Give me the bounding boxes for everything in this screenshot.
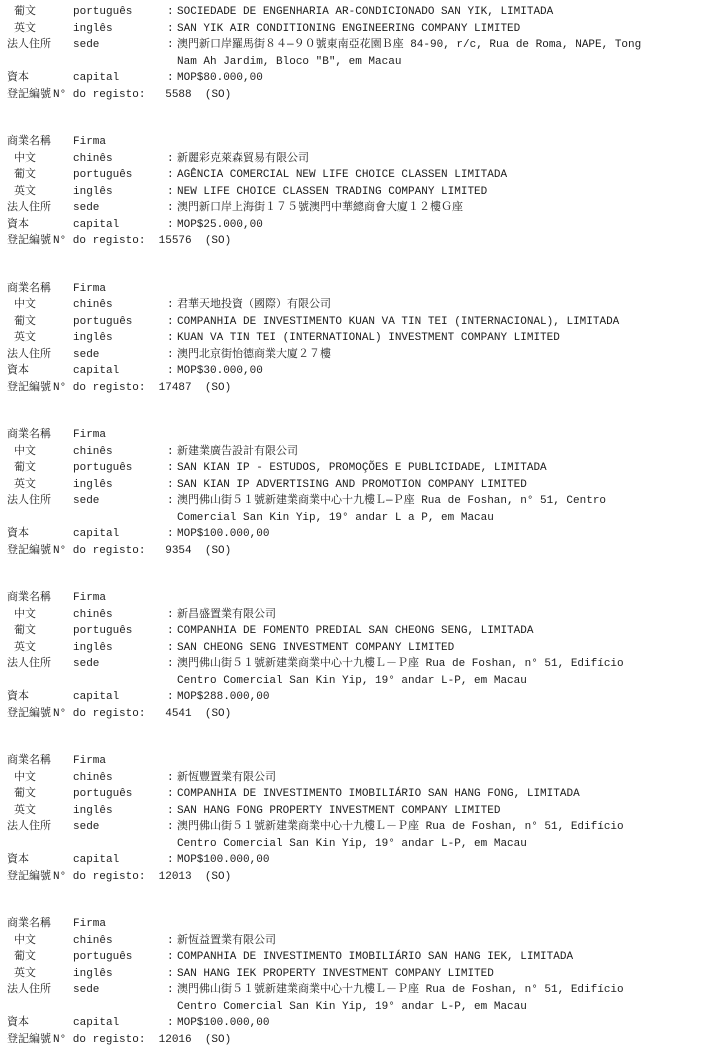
label-pt: inglês [73, 184, 167, 201]
label-zh: 商業名稱 [7, 281, 73, 298]
label-pt: chinês [73, 770, 167, 787]
label-pt: sede [73, 656, 167, 673]
label-zh: 中文 [7, 444, 73, 461]
label-zh: 葡文 [7, 949, 73, 966]
field-row-ingles: 英文inglês:SAN YIK AIR CONDITIONING ENGINE… [7, 21, 712, 38]
field-row-portugues: 葡文português:SAN KIAN IP - ESTUDOS, PROMO… [7, 460, 712, 477]
label-zh: 中文 [7, 297, 73, 314]
label-pt: Firma [73, 281, 167, 298]
label-pt: sede [73, 493, 167, 510]
colon-separator: : [167, 1015, 177, 1032]
field-row-ingles: 英文inglês:NEW LIFE CHOICE CLASSEN TRADING… [7, 184, 712, 201]
label-zh: 登記編號 [7, 543, 53, 560]
label-pt: N° do registo: [53, 233, 145, 250]
field-row-chines: 中文chinês:新恆豐置業有限公司 [7, 770, 712, 787]
colon-separator: : [167, 4, 177, 21]
field-value: 12016 (SO) [145, 1032, 231, 1049]
label-pt: português [73, 4, 167, 21]
label-zh: 英文 [7, 21, 73, 38]
field-row-sede: 法人住所sede:澳門佛山街５１號新建業商業中心十九樓Ｌ－Ｐ座 Rua de F… [7, 982, 712, 1015]
label-pt: inglês [73, 477, 167, 494]
field-value: 12013 (SO) [145, 869, 231, 886]
colon-separator: : [167, 933, 177, 950]
label-pt: capital [73, 217, 167, 234]
label-zh: 法人住所 [7, 493, 73, 510]
colon-separator: : [167, 217, 177, 234]
label-pt: português [73, 314, 167, 331]
label-pt: português [73, 786, 167, 803]
field-value: 新昌盛置業有限公司 [177, 607, 712, 624]
field-value: 新恆豐置業有限公司 [177, 770, 712, 787]
field-value: MOP$100.000,00 [177, 1015, 712, 1032]
company-record: 商業名稱Firma中文chinês:新恆益置業有限公司葡文português:C… [7, 916, 712, 1048]
label-zh: 資本 [7, 852, 73, 869]
field-row-registo: 登記編號N° do registo: 5588 (SO) [7, 87, 712, 104]
colon-separator: : [167, 607, 177, 624]
company-record: 商業名稱Firma中文chinês:新建業廣告設計有限公司葡文português… [7, 427, 712, 559]
label-zh: 法人住所 [7, 819, 73, 836]
company-record: 商業名稱Firma中文chinês:新麗彩克萊森貿易有限公司葡文portuguê… [7, 134, 712, 250]
label-zh: 資本 [7, 526, 73, 543]
field-row-registo: 登記編號N° do registo: 9354 (SO) [7, 543, 712, 560]
field-row-firma: 商業名稱Firma [7, 427, 712, 444]
field-value: 新麗彩克萊森貿易有限公司 [177, 151, 712, 168]
label-zh: 商業名稱 [7, 590, 73, 607]
colon-separator: : [167, 363, 177, 380]
colon-separator: : [167, 786, 177, 803]
label-zh: 資本 [7, 70, 73, 87]
field-row-portugues: 葡文português:COMPANHIA DE FOMENTO PREDIAL… [7, 623, 712, 640]
field-row-firma: 商業名稱Firma [7, 753, 712, 770]
label-zh: 資本 [7, 689, 73, 706]
field-row-sede: 法人住所sede:澳門佛山街５１號新建業商業中心十九樓Ｌ—Ｐ座 Rua de F… [7, 493, 712, 526]
colon-separator: : [167, 21, 177, 38]
field-value: 君華天地投資（國際）有限公司 [177, 297, 712, 314]
field-value: MOP$100.000,00 [177, 526, 712, 543]
label-zh: 商業名稱 [7, 916, 73, 933]
label-pt: Firma [73, 590, 167, 607]
colon-separator: : [167, 477, 177, 494]
field-row-portugues: 葡文português:SOCIEDADE DE ENGENHARIA AR-C… [7, 4, 712, 21]
label-pt: N° do registo: [53, 87, 145, 104]
label-pt: N° do registo: [53, 869, 145, 886]
label-pt: chinês [73, 297, 167, 314]
field-row-portugues: 葡文português:COMPANHIA DE INVESTIMENTO KU… [7, 314, 712, 331]
colon-separator: : [167, 314, 177, 331]
label-zh: 資本 [7, 363, 73, 380]
label-pt: inglês [73, 21, 167, 38]
field-row-sede: 法人住所sede:澳門佛山街５１號新建業商業中心十九樓Ｌ－Ｐ座 Rua de F… [7, 656, 712, 689]
label-pt: capital [73, 363, 167, 380]
field-value: SAN HANG FONG PROPERTY INVESTMENT COMPAN… [177, 803, 712, 820]
label-pt: Firma [73, 916, 167, 933]
colon-separator: : [167, 852, 177, 869]
field-value: 17487 (SO) [145, 380, 231, 397]
label-zh: 法人住所 [7, 37, 73, 54]
label-pt: sede [73, 982, 167, 999]
field-row-capital: 資本capital:MOP$100.000,00 [7, 852, 712, 869]
field-value: COMPANHIA DE INVESTIMENTO IMOBILIÁRIO SA… [177, 786, 712, 803]
label-zh: 商業名稱 [7, 753, 73, 770]
label-pt: sede [73, 37, 167, 54]
colon-separator: : [167, 689, 177, 706]
field-row-sede: 法人住所sede:澳門佛山街５１號新建業商業中心十九樓Ｌ－Ｐ座 Rua de F… [7, 819, 712, 852]
colon-separator: : [167, 949, 177, 966]
label-pt: português [73, 623, 167, 640]
field-value: COMPANHIA DE INVESTIMENTO KUAN VA TIN TE… [177, 314, 712, 331]
field-row-portugues: 葡文português:COMPANHIA DE INVESTIMENTO IM… [7, 786, 712, 803]
label-zh: 葡文 [7, 314, 73, 331]
field-value: 澳門新口岸羅馬街８４—９０號東南亞花園Ｂ座 84-90, r/c, Rua de… [177, 37, 712, 70]
label-pt: português [73, 949, 167, 966]
label-pt: chinês [73, 933, 167, 950]
field-row-chines: 中文chinês:新建業廣告設計有限公司 [7, 444, 712, 461]
label-pt: chinês [73, 607, 167, 624]
field-row-firma: 商業名稱Firma [7, 590, 712, 607]
label-zh: 法人住所 [7, 347, 73, 364]
label-zh: 商業名稱 [7, 134, 73, 151]
field-row-sede: 法人住所sede:澳門新口岸上海街１７５號澳門中華總商會大廈１２樓Ｇ座 [7, 200, 712, 217]
field-row-firma: 商業名稱Firma [7, 281, 712, 298]
label-pt: capital [73, 526, 167, 543]
colon-separator: : [167, 982, 177, 999]
field-row-registo: 登記編號N° do registo: 17487 (SO) [7, 380, 712, 397]
label-zh: 葡文 [7, 623, 73, 640]
label-pt: português [73, 460, 167, 477]
field-row-ingles: 英文inglês:SAN HANG FONG PROPERTY INVESTME… [7, 803, 712, 820]
label-zh: 法人住所 [7, 982, 73, 999]
colon-separator: : [167, 347, 177, 364]
colon-separator: : [167, 656, 177, 673]
label-pt: capital [73, 70, 167, 87]
field-row-ingles: 英文inglês:SAN KIAN IP ADVERTISING AND PRO… [7, 477, 712, 494]
label-zh: 法人住所 [7, 656, 73, 673]
field-value: COMPANHIA DE FOMENTO PREDIAL SAN CHEONG … [177, 623, 712, 640]
label-zh: 登記編號 [7, 869, 53, 886]
field-value: MOP$100.000,00 [177, 852, 712, 869]
field-value: SAN YIK AIR CONDITIONING ENGINEERING COM… [177, 21, 712, 38]
colon-separator: : [167, 200, 177, 217]
label-zh: 中文 [7, 607, 73, 624]
field-value: MOP$25.000,00 [177, 217, 712, 234]
label-zh: 葡文 [7, 4, 73, 21]
colon-separator: : [167, 526, 177, 543]
colon-separator: : [167, 330, 177, 347]
label-zh: 葡文 [7, 786, 73, 803]
label-pt: sede [73, 200, 167, 217]
colon-separator: : [167, 167, 177, 184]
label-zh: 登記編號 [7, 380, 53, 397]
label-zh: 英文 [7, 966, 73, 983]
company-record: 商業名稱Firma中文chinês:君華天地投資（國際）有限公司葡文portug… [7, 281, 712, 397]
label-zh: 英文 [7, 184, 73, 201]
label-zh: 葡文 [7, 460, 73, 477]
colon-separator: : [167, 640, 177, 657]
label-pt: capital [73, 1015, 167, 1032]
field-row-capital: 資本capital:MOP$288.000,00 [7, 689, 712, 706]
label-zh: 中文 [7, 770, 73, 787]
label-pt: sede [73, 819, 167, 836]
field-row-capital: 資本capital:MOP$100.000,00 [7, 1015, 712, 1032]
label-zh: 英文 [7, 640, 73, 657]
field-value: SAN KIAN IP ADVERTISING AND PROMOTION CO… [177, 477, 712, 494]
label-pt: Firma [73, 753, 167, 770]
label-zh: 英文 [7, 330, 73, 347]
label-zh: 登記編號 [7, 233, 53, 250]
field-row-capital: 資本capital:MOP$25.000,00 [7, 217, 712, 234]
label-pt: capital [73, 689, 167, 706]
label-pt: capital [73, 852, 167, 869]
colon-separator: : [167, 623, 177, 640]
colon-separator: : [167, 70, 177, 87]
label-pt: Firma [73, 134, 167, 151]
field-value: SAN HANG IEK PROPERTY INVESTMENT COMPANY… [177, 966, 712, 983]
field-value: MOP$288.000,00 [177, 689, 712, 706]
field-row-chines: 中文chinês:新恆益置業有限公司 [7, 933, 712, 950]
field-row-chines: 中文chinês:新麗彩克萊森貿易有限公司 [7, 151, 712, 168]
label-zh: 商業名稱 [7, 427, 73, 444]
label-pt: português [73, 167, 167, 184]
label-pt: N° do registo: [53, 706, 145, 723]
field-value: MOP$30.000,00 [177, 363, 712, 380]
field-value: SOCIEDADE DE ENGENHARIA AR-CONDICIONADO … [177, 4, 712, 21]
field-value: 澳門佛山街５１號新建業商業中心十九樓Ｌ－Ｐ座 Rua de Foshan, n°… [177, 656, 712, 689]
company-record: 葡文português:SOCIEDADE DE ENGENHARIA AR-C… [7, 4, 712, 103]
colon-separator: : [167, 184, 177, 201]
colon-separator: : [167, 297, 177, 314]
field-value: 新建業廣告設計有限公司 [177, 444, 712, 461]
label-pt: Firma [73, 427, 167, 444]
field-value: 澳門佛山街５１號新建業商業中心十九樓Ｌ－Ｐ座 Rua de Foshan, n°… [177, 819, 712, 852]
label-pt: sede [73, 347, 167, 364]
field-row-ingles: 英文inglês:KUAN VA TIN TEI (INTERNATIONAL)… [7, 330, 712, 347]
field-row-sede: 法人住所sede:澳門北京街怡德商業大廈２７樓 [7, 347, 712, 364]
field-row-registo: 登記編號N° do registo: 12013 (SO) [7, 869, 712, 886]
colon-separator: : [167, 966, 177, 983]
field-row-firma: 商業名稱Firma [7, 134, 712, 151]
label-pt: chinês [73, 151, 167, 168]
field-row-capital: 資本capital:MOP$80.000,00 [7, 70, 712, 87]
label-pt: inglês [73, 330, 167, 347]
field-value: 澳門北京街怡德商業大廈２７樓 [177, 347, 712, 364]
label-pt: N° do registo: [53, 380, 145, 397]
field-value: SAN KIAN IP - ESTUDOS, PROMOÇÕES E PUBLI… [177, 460, 712, 477]
field-row-sede: 法人住所sede:澳門新口岸羅馬街８４—９０號東南亞花園Ｂ座 84-90, r/… [7, 37, 712, 70]
label-zh: 登記編號 [7, 1032, 53, 1049]
field-row-registo: 登記編號N° do registo: 15576 (SO) [7, 233, 712, 250]
label-zh: 葡文 [7, 167, 73, 184]
field-value: AGÊNCIA COMERCIAL NEW LIFE CHOICE CLASSE… [177, 167, 712, 184]
label-pt: N° do registo: [53, 543, 145, 560]
field-row-capital: 資本capital:MOP$100.000,00 [7, 526, 712, 543]
label-pt: N° do registo: [53, 1032, 145, 1049]
field-row-chines: 中文chinês:新昌盛置業有限公司 [7, 607, 712, 624]
colon-separator: : [167, 37, 177, 54]
field-row-ingles: 英文inglês:SAN HANG IEK PROPERTY INVESTMEN… [7, 966, 712, 983]
label-zh: 登記編號 [7, 87, 53, 104]
label-zh: 中文 [7, 933, 73, 950]
label-zh: 資本 [7, 217, 73, 234]
field-row-registo: 登記編號N° do registo: 12016 (SO) [7, 1032, 712, 1049]
field-value: SAN CHEONG SENG INVESTMENT COMPANY LIMIT… [177, 640, 712, 657]
colon-separator: : [167, 444, 177, 461]
field-row-capital: 資本capital:MOP$30.000,00 [7, 363, 712, 380]
label-zh: 英文 [7, 803, 73, 820]
field-value: 9354 (SO) [145, 543, 231, 560]
company-record: 商業名稱Firma中文chinês:新昌盛置業有限公司葡文português:C… [7, 590, 712, 722]
label-zh: 法人住所 [7, 200, 73, 217]
label-pt: inglês [73, 966, 167, 983]
field-value: KUAN VA TIN TEI (INTERNATIONAL) INVESTME… [177, 330, 712, 347]
colon-separator: : [167, 493, 177, 510]
colon-separator: : [167, 770, 177, 787]
colon-separator: : [167, 819, 177, 836]
field-value: 4541 (SO) [145, 706, 231, 723]
company-record: 商業名稱Firma中文chinês:新恆豐置業有限公司葡文português:C… [7, 753, 712, 885]
field-value: 澳門佛山街５１號新建業商業中心十九樓Ｌ－Ｐ座 Rua de Foshan, n°… [177, 982, 712, 1015]
label-zh: 中文 [7, 151, 73, 168]
colon-separator: : [167, 460, 177, 477]
label-zh: 登記編號 [7, 706, 53, 723]
label-pt: chinês [73, 444, 167, 461]
field-value: MOP$80.000,00 [177, 70, 712, 87]
label-zh: 資本 [7, 1015, 73, 1032]
field-row-firma: 商業名稱Firma [7, 916, 712, 933]
colon-separator: : [167, 803, 177, 820]
field-value: 15576 (SO) [145, 233, 231, 250]
field-value: 5588 (SO) [145, 87, 231, 104]
field-row-registo: 登記編號N° do registo: 4541 (SO) [7, 706, 712, 723]
label-pt: inglês [73, 803, 167, 820]
field-row-portugues: 葡文português:COMPANHIA DE INVESTIMENTO IM… [7, 949, 712, 966]
label-pt: inglês [73, 640, 167, 657]
field-value: 澳門新口岸上海街１７５號澳門中華總商會大廈１２樓Ｇ座 [177, 200, 712, 217]
field-row-chines: 中文chinês:君華天地投資（國際）有限公司 [7, 297, 712, 314]
registry-page: 葡文português:SOCIEDADE DE ENGENHARIA AR-C… [0, 0, 720, 1053]
field-value: NEW LIFE CHOICE CLASSEN TRADING COMPANY … [177, 184, 712, 201]
colon-separator: : [167, 151, 177, 168]
field-row-ingles: 英文inglês:SAN CHEONG SENG INVESTMENT COMP… [7, 640, 712, 657]
field-value: COMPANHIA DE INVESTIMENTO IMOBILIÁRIO SA… [177, 949, 712, 966]
field-row-portugues: 葡文português:AGÊNCIA COMERCIAL NEW LIFE C… [7, 167, 712, 184]
field-value: 新恆益置業有限公司 [177, 933, 712, 950]
field-value: 澳門佛山街５１號新建業商業中心十九樓Ｌ—Ｐ座 Rua de Foshan, n°… [177, 493, 712, 526]
label-zh: 英文 [7, 477, 73, 494]
